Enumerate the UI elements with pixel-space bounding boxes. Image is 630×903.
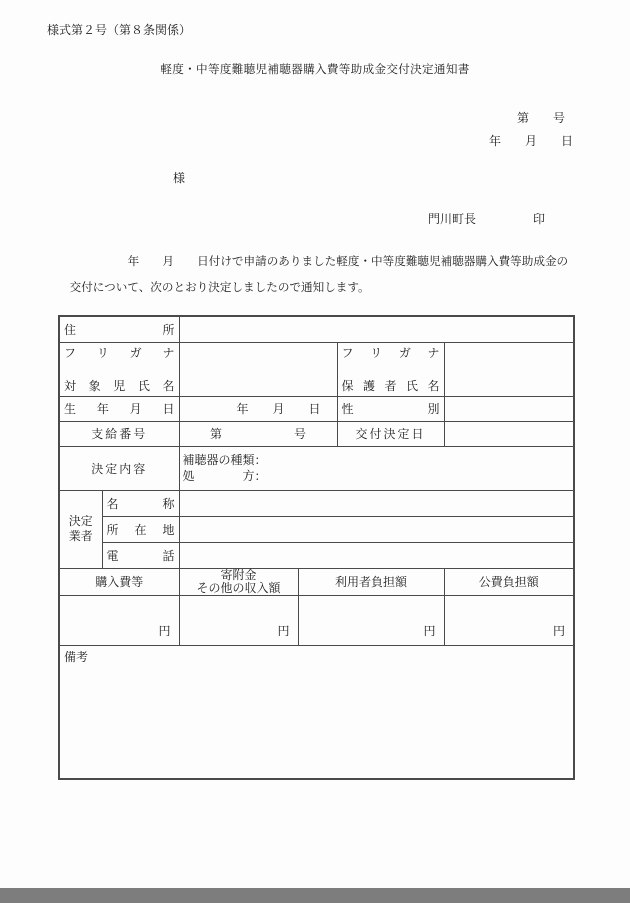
purchase-cost-header: 購入費等 [59,568,179,595]
child-name-label-cell: フリガナ 対象児氏名 [59,342,179,396]
cost-header-row: 購入費等 寄附金 その他の収入額 利用者負担額 公費負担額 [59,568,574,595]
issuer-seal: 印 [533,212,545,226]
address-row: 住所 [59,316,574,342]
vendor-name-value-cell [179,490,574,516]
birthdate-label-cell: 生年月日 [59,396,179,421]
user-share-amount-cell: 円 [298,595,444,645]
name-row: フリガナ 対象児氏名 フリガナ 保護者氏名 [59,342,574,396]
address-label: 住所 [60,321,179,338]
issue-date-blank: 年 月 日 [489,132,573,149]
document-page: 様式第２号（第８条関係） 軽度・中等度難聴児補聴器購入費等助成金交付決定通知書 … [0,0,630,903]
sex-label-cell: 性別 [337,396,444,421]
cost-amount-row: 円 円 円 円 [59,595,574,645]
grant-number-label: 支給番号 [59,421,179,446]
public-share-amount-cell: 円 [444,595,574,645]
user-share-header: 利用者負担額 [298,568,444,595]
addressee-honorific: 様 [173,169,185,186]
hearing-aid-type-line: 補聴器の種類： [183,452,571,468]
sex-label: 性別 [338,400,444,417]
issuer-name: 門川町長 [428,212,476,226]
grant-decision-table: 住所 フリガナ 対象児氏名 フリガナ 保護者氏名 生年月日 [58,315,575,780]
vendor-label-line1: 決定 [60,514,102,529]
remarks-row: 備考 [59,645,574,779]
donation-header-cell: 寄附金 その他の収入額 [179,568,298,595]
vendor-name-row: 決定 業者 名称 [59,490,574,516]
birthdate-label: 生年月日 [60,400,179,417]
address-value-cell [179,316,574,342]
vendor-phone-row: 電話 [59,542,574,568]
document-number-blank: 第 号 [517,109,565,126]
vendor-phone-label-cell: 電話 [102,542,179,568]
decision-date-value-cell [444,421,574,446]
document-title: 軽度・中等度難聴児補聴器購入費等助成金交付決定通知書 [0,61,630,77]
donation-header-line2: その他の収入額 [180,582,298,595]
birthdate-row: 生年月日 年 月 日 性別 [59,396,574,421]
decision-content-label: 決定内容 [59,446,179,490]
remarks-cell: 備考 [59,645,574,779]
guardian-name-label: 保護者氏名 [338,377,444,394]
body-line-1: 年 月 日付けで申請のありました軽度・中等度難聴児補聴器購入費等助成金の [58,249,580,275]
purchase-cost-amount-cell: 円 [59,595,179,645]
vendor-phone-label: 電話 [103,547,179,564]
vendor-name-label-cell: 名称 [102,490,179,516]
body-line-2: 交付について、次のとおり決定しましたので通知します。 [58,275,580,301]
sex-value-cell [444,396,574,421]
vendor-address-value-cell [179,516,574,542]
prescription-line: 処 方： [183,468,571,484]
address-label-cell: 住所 [59,316,179,342]
guardian-name-label-cell: フリガナ 保護者氏名 [337,342,444,396]
grant-number-row: 支給番号 第 号 交付決定日 [59,421,574,446]
child-furigana-label: フリガナ [60,344,179,361]
guardian-name-value-cell [444,342,574,396]
vendor-address-row: 所在地 [59,516,574,542]
vendor-phone-value-cell [179,542,574,568]
decision-content-row: 決定内容 補聴器の種類： 処 方： [59,446,574,490]
body-paragraph: 年 月 日付けで申請のありました軽度・中等度難聴児補聴器購入費等助成金の 交付に… [58,249,580,301]
birthdate-value-cell: 年 月 日 [179,396,337,421]
form-number: 様式第２号（第８条関係） [47,21,191,38]
vendor-label-cell: 決定 業者 [59,490,102,568]
donation-header-line1: 寄附金 [180,569,298,582]
decision-content-value-cell: 補聴器の種類： 処 方： [179,446,574,490]
decision-date-label: 交付決定日 [337,421,444,446]
vendor-address-label-cell: 所在地 [102,516,179,542]
guardian-furigana-label: フリガナ [338,344,444,361]
grant-number-value: 第 号 [179,421,337,446]
vendor-name-label: 名称 [103,495,179,512]
issuer-line: 門川町長印 [428,210,545,227]
vendor-label-line2: 業者 [60,529,102,544]
child-name-value-cell [179,342,337,396]
public-share-header: 公費負担額 [444,568,574,595]
vendor-address-label: 所在地 [103,521,179,538]
page-bottom-edge [0,888,630,903]
child-name-label: 対象児氏名 [60,377,179,394]
donation-amount-cell: 円 [179,595,298,645]
